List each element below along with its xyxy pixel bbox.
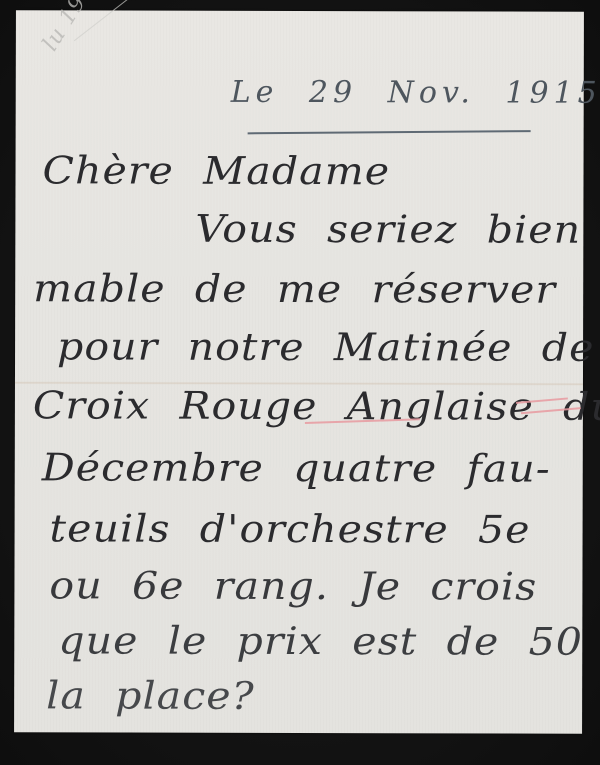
letter-date: Le 29 Nov. 1915 <box>231 75 600 111</box>
letter-line: pour notre Matinée de la <box>57 324 600 370</box>
letter-sheet: lu 1950 Le 29 Nov. 1915 Chère Madame Vou… <box>14 10 584 733</box>
letter-line: Vous seriez bien ai- <box>195 207 600 252</box>
letter-line: que le prix est de 50 fr <box>58 618 600 664</box>
letter-line: ou 6e rang. Je crois <box>49 563 537 608</box>
letter-line: teuils d'orchestre 5e <box>50 506 531 551</box>
letter-line: Décembre quatre fau- <box>42 445 551 490</box>
letter-salutation: Chère Madame <box>42 148 390 193</box>
letter-closing-line: la place? <box>46 673 255 718</box>
letter-line: mable de me réserver <box>33 266 556 311</box>
date-underline <box>248 130 531 134</box>
